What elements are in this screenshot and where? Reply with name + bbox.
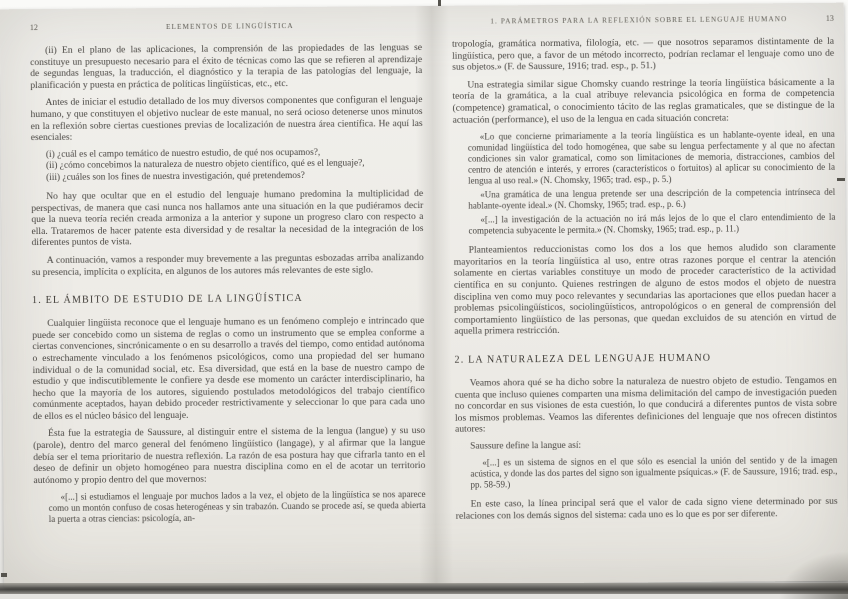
paragraph-applications: (ii) En el plano de las aplicaciones, la…: [30, 42, 422, 91]
left-page-number: 12: [30, 23, 38, 32]
scan-edge-mark: [837, 178, 845, 181]
paragraph-chomsky-strategy: Una estrategia similar sigue Chomsky cua…: [452, 77, 834, 126]
paragraph-final: En este caso, la línea principal será qu…: [456, 496, 838, 522]
right-page-number: 13: [826, 14, 834, 23]
left-running-title: ELEMENTOS DE LINGÜÍSTICA: [38, 21, 422, 32]
right-page: 1. PARÁMETROS PARA LA REFLEXIÓN SOBRE EL…: [452, 14, 838, 528]
paragraph-saussure-strategy: Ésta fue la estrategia de Saussure, al d…: [33, 425, 425, 486]
paragraph-continuation: A continuación, vamos a responder muy br…: [32, 252, 424, 278]
question-list: (i) ¿cuál es el campo temático de nuestr…: [31, 147, 423, 184]
paragraph-multiplicity: No hay que ocultar que en el estudio del…: [31, 188, 423, 249]
quote-chomsky-2: «Una gramática de una lengua pretende se…: [468, 187, 835, 212]
question-item-3: (iii) ¿cuáles son los fines de nuestra i…: [46, 170, 423, 184]
left-running-head: 12 ELEMENTOS DE LINGÜÍSTICA: [30, 20, 422, 32]
paragraph-veamos: Veamos ahora qué se ha dicho sobre la na…: [455, 375, 837, 436]
paragraph-continuation-top: tropología, gramática normativa, filolog…: [452, 36, 834, 74]
book-spread: 12 ELEMENTOS DE LINGÜÍSTICA (ii) En el p…: [0, 3, 848, 588]
scan-edge-mark: [1, 573, 7, 577]
scanner-corner-shadow: [778, 551, 848, 599]
line-saussure-defines: Saussure define la langue así:: [470, 439, 837, 453]
chomsky-quote-block: «Lo que concierne primariamente a la teo…: [453, 129, 836, 237]
quote-langue-definition: «[...] es un sistema de signos en el que…: [470, 455, 837, 491]
quote-chomsky-1: «Lo que concierne primariamente a la teo…: [468, 129, 835, 187]
right-running-title: 1. PARÁMETROS PARA LA REFLEXIÓN SOBRE EL…: [452, 15, 826, 26]
scanned-document-stage: 12 ELEMENTOS DE LINGÜÍSTICA (ii) En el p…: [0, 0, 848, 599]
paragraph-complex-phenomenon: Cualquier lingüista reconoce que el leng…: [32, 315, 425, 422]
quote-chomsky-3: «[...] la investigación de la actuación …: [468, 212, 835, 237]
quote-saussure-languages: «[...] si estudiamos el lenguaje por muc…: [49, 489, 426, 525]
section-heading-ambito: 1. EL ÁMBITO DE ESTUDIO DE LA LINGÜÍSTIC…: [32, 292, 424, 307]
right-running-head: 1. PARÁMETROS PARA LA REFLEXIÓN SOBRE EL…: [452, 14, 834, 26]
section-heading-naturaleza: 2. LA NATURALEZA DEL LENGUAJE HUMANO: [454, 352, 836, 367]
paragraph-planteamientos: Planteamientos reduccionistas como los d…: [454, 242, 837, 338]
left-page: 12 ELEMENTOS DE LINGÜÍSTICA (ii) En el p…: [30, 20, 426, 529]
scanner-edge-shadow: [0, 583, 848, 594]
paragraph-before-study: Antes de iniciar el estudio detallado de…: [30, 94, 422, 143]
scan-edge-mark: [438, 0, 441, 6]
